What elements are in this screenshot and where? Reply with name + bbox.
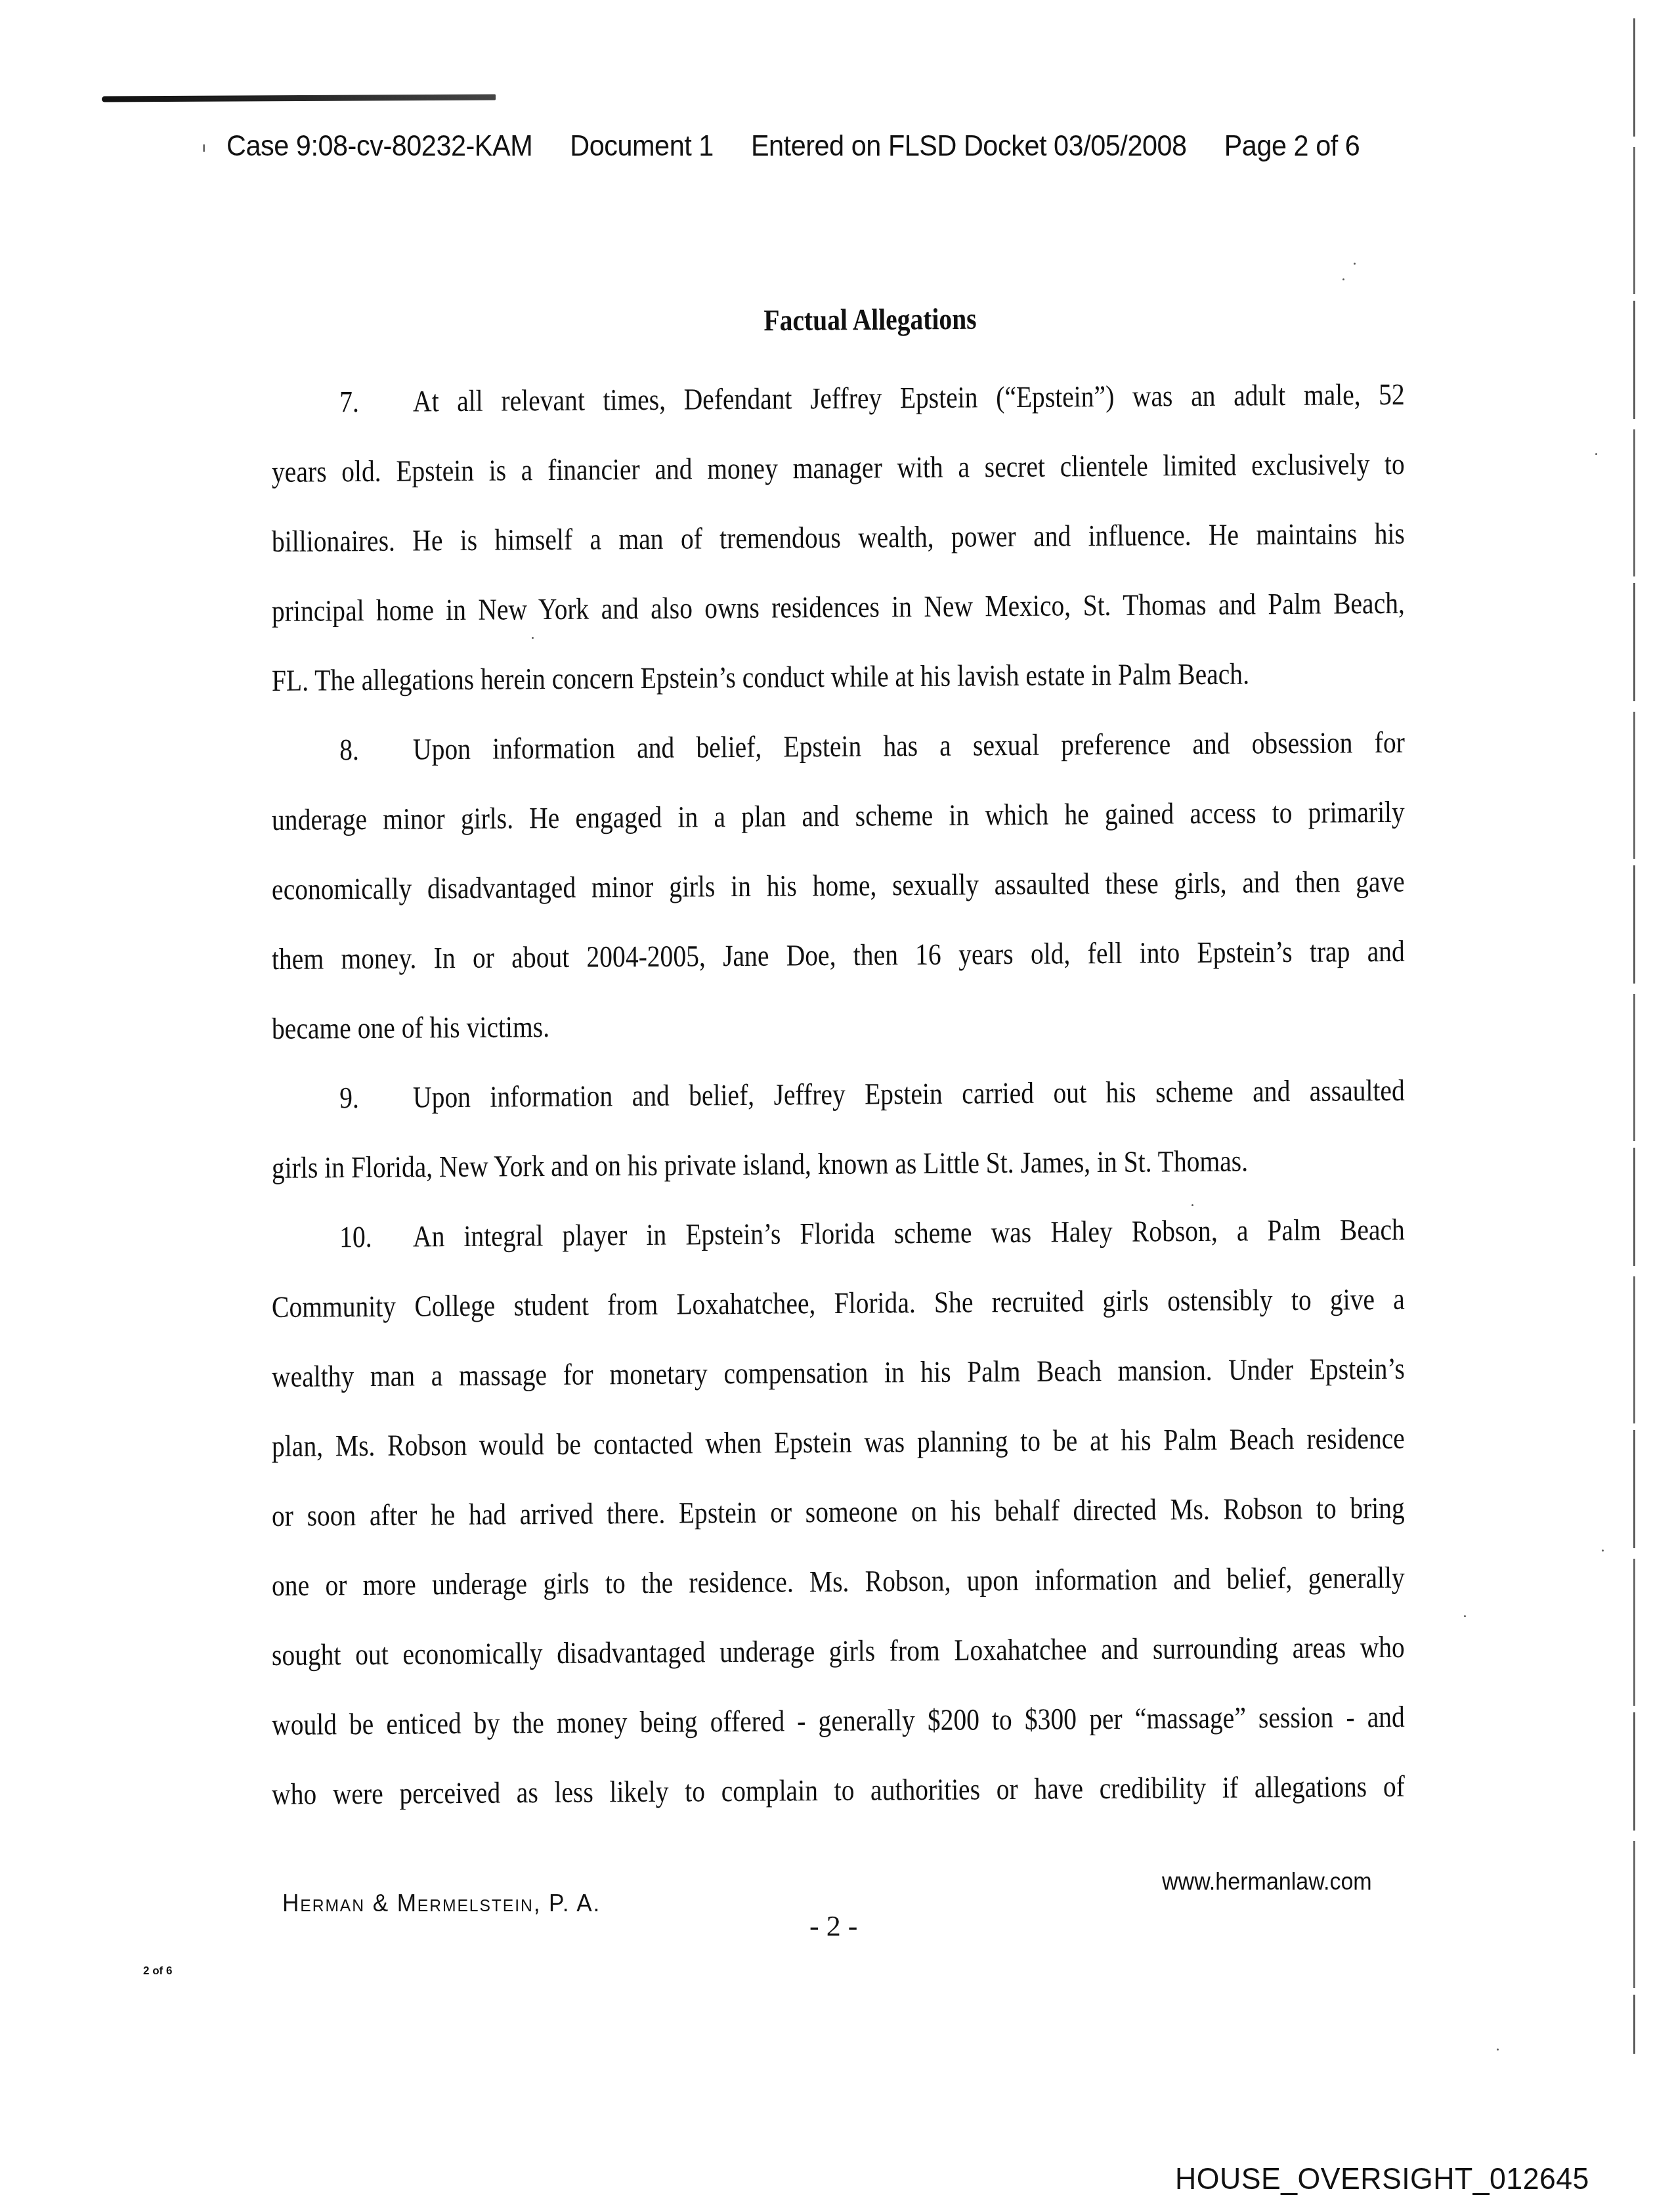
law-firm-website: www.hermanlaw.com (1162, 1868, 1372, 1896)
paragraph-line: underage minor girls. He engaged in a pl… (272, 777, 1405, 855)
paragraph-line: one or more underage girls to the reside… (272, 1543, 1405, 1620)
law-firm-name: Herman & Mermelstein, P. A. (282, 1890, 601, 1917)
paragraph-line: girls in Florida, New York and on his pr… (272, 1125, 1405, 1203)
bates-number: HOUSE_OVERSIGHT_012645 (1175, 2160, 1589, 2196)
scan-tick-mark: ı (202, 141, 206, 156)
paragraph-line: sought out economically disadvantaged un… (272, 1613, 1405, 1690)
document-number: Document 1 (570, 129, 714, 163)
case-number: Case 9:08-cv-80232-KAM (226, 129, 532, 163)
scan-speck (1602, 1550, 1604, 1551)
page-of-marker: 2 of 6 (143, 1964, 172, 1978)
document-body: 7.At all relevant times, Defendant Jeffr… (272, 368, 1407, 1829)
scan-speck (1497, 2049, 1499, 2050)
scan-speck (1191, 1204, 1193, 1206)
section-heading: Factual Allegations (0, 302, 1674, 337)
section-title-text: Factual Allegations (763, 301, 976, 338)
paragraph-line: became one of his victims. (272, 986, 1405, 1064)
paragraph-10: 10.An integral player in Epstein’s Flori… (272, 1203, 1407, 1829)
paragraph-line: plan, Ms. Robson would be contacted when… (272, 1404, 1405, 1481)
paragraph-line: wealthy man a massage for monetary compe… (272, 1334, 1405, 1412)
scan-speck (532, 637, 534, 639)
paragraph-line: billionaires. He is himself a man of tre… (272, 499, 1405, 576)
paragraph-line: economically disadvantaged minor girls i… (272, 847, 1405, 924)
paragraph-9: 9.Upon information and belief, Jeffrey E… (272, 1064, 1407, 1203)
paragraph-line: years old. Epstein is a financier and mo… (272, 429, 1405, 507)
paragraph-7: 7.At all relevant times, Defendant Jeffr… (272, 368, 1407, 716)
scan-speck (1595, 453, 1597, 455)
paragraph-line: or soon after he had arrived there. Epst… (272, 1473, 1405, 1551)
paragraph-number: 7. (339, 366, 413, 437)
paragraph-line: who were perceived as less likely to com… (272, 1752, 1405, 1829)
paragraph-line: Community College student from Loxahatch… (272, 1265, 1405, 1342)
paragraph-line: them money. In or about 2004-2005, Jane … (272, 917, 1405, 994)
paragraph-line: FL. The allegations herein concern Epste… (272, 638, 1405, 716)
paragraph-line: 7.At all relevant times, Defendant Jeffr… (272, 360, 1405, 437)
paragraph-number: 10. (339, 1202, 413, 1272)
paragraph-line: 9.Upon information and belief, Jeffrey E… (272, 1056, 1405, 1133)
paragraph-number: 8. (339, 714, 413, 785)
paragraph-line: 8.Upon information and belief, Epstein h… (272, 708, 1405, 785)
page-number: - 2 - (809, 1909, 857, 1943)
paragraph-number: 9. (339, 1062, 413, 1133)
scan-artifact-mark (102, 94, 496, 102)
paragraph-line: 10.An integral player in Epstein’s Flori… (272, 1195, 1405, 1272)
court-filing-header: Case 9:08-cv-80232-KAM Document 1 Entere… (226, 129, 1360, 163)
page-indicator: Page 2 of 6 (1224, 129, 1360, 163)
docket-entry-date: Entered on FLSD Docket 03/05/2008 (751, 129, 1187, 163)
paragraph-line: principal home in New York and also owns… (272, 569, 1405, 646)
scan-speck (1464, 1615, 1466, 1617)
paragraph-line: would be enticed by the money being offe… (272, 1682, 1405, 1760)
scan-speck (1354, 263, 1356, 265)
paragraph-8: 8.Upon information and belief, Epstein h… (272, 716, 1407, 1064)
scan-speck (1342, 278, 1344, 280)
